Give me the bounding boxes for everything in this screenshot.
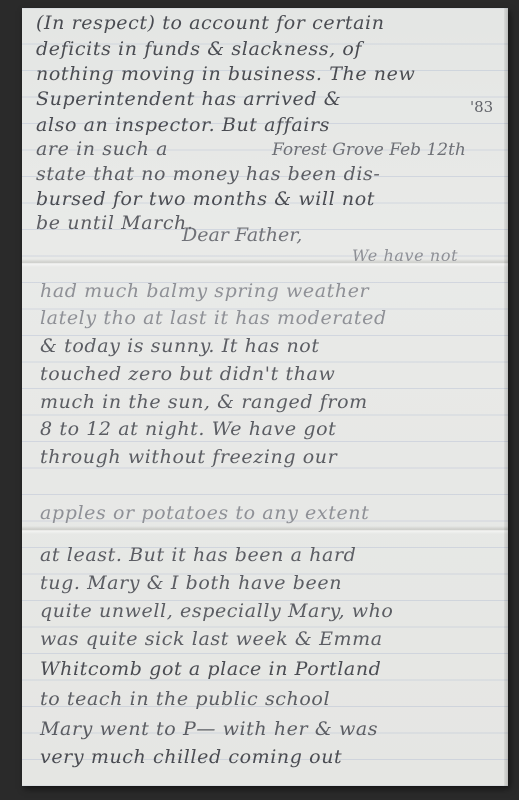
body-line-13: was quite sick last week & Emma: [40, 630, 383, 649]
body-line-3: lately tho at last it has moderated: [40, 309, 387, 328]
body-line-14: Whitcomb got a place in Portland: [40, 660, 381, 679]
body-line-12: quite unwell, especially Mary, who: [40, 602, 393, 621]
header-line-5: also an inspector. But affairs: [36, 116, 330, 135]
body-line-4: & today is sunny. It has not: [40, 337, 320, 356]
body-line-2: had much balmy spring weather: [40, 282, 369, 301]
header-line-7: state that no money has been dis-: [36, 165, 380, 184]
body-line-7: 8 to 12 at night. We have got: [40, 420, 336, 439]
header-line-9: be until March.: [36, 214, 194, 233]
body-line-15: to teach in the public school: [40, 690, 330, 709]
body-line-6: much in the sun, & ranged from: [40, 393, 368, 412]
header-line-3: nothing moving in business. The new: [36, 65, 415, 84]
letter-page: (In respect) to account for certain defi…: [22, 8, 508, 786]
header-line-4: Superintendent has arrived &: [36, 90, 341, 109]
body-line-5: touched zero but didn't thaw: [40, 365, 335, 384]
body-line-8: through without freezing our: [40, 448, 337, 467]
year-note: '83: [470, 98, 493, 116]
body-line-1: We have not: [352, 248, 458, 264]
header-line-1: (In respect) to account for certain: [36, 14, 385, 33]
salutation: Dear Father,: [182, 224, 302, 246]
header-line-6: are in such a: [36, 140, 168, 159]
body-line-11: tug. Mary & I both have been: [40, 574, 342, 593]
fold-line-lower: [22, 526, 508, 534]
body-line-10: at least. But it has been a hard: [40, 546, 356, 565]
body-line-9: apples or potatoes to any extent: [40, 504, 369, 523]
body-line-17: very much chilled coming out: [40, 748, 342, 767]
page-edge-shadow: [504, 8, 508, 786]
scan-background: (In respect) to account for certain defi…: [0, 0, 519, 800]
body-line-16: Mary went to P— with her & was: [40, 720, 378, 739]
header-line-2: deficits in funds & slackness, of: [36, 40, 362, 59]
header-line-8: bursed for two months & will not: [36, 190, 375, 209]
place-date: Forest Grove Feb 12th: [272, 140, 466, 160]
